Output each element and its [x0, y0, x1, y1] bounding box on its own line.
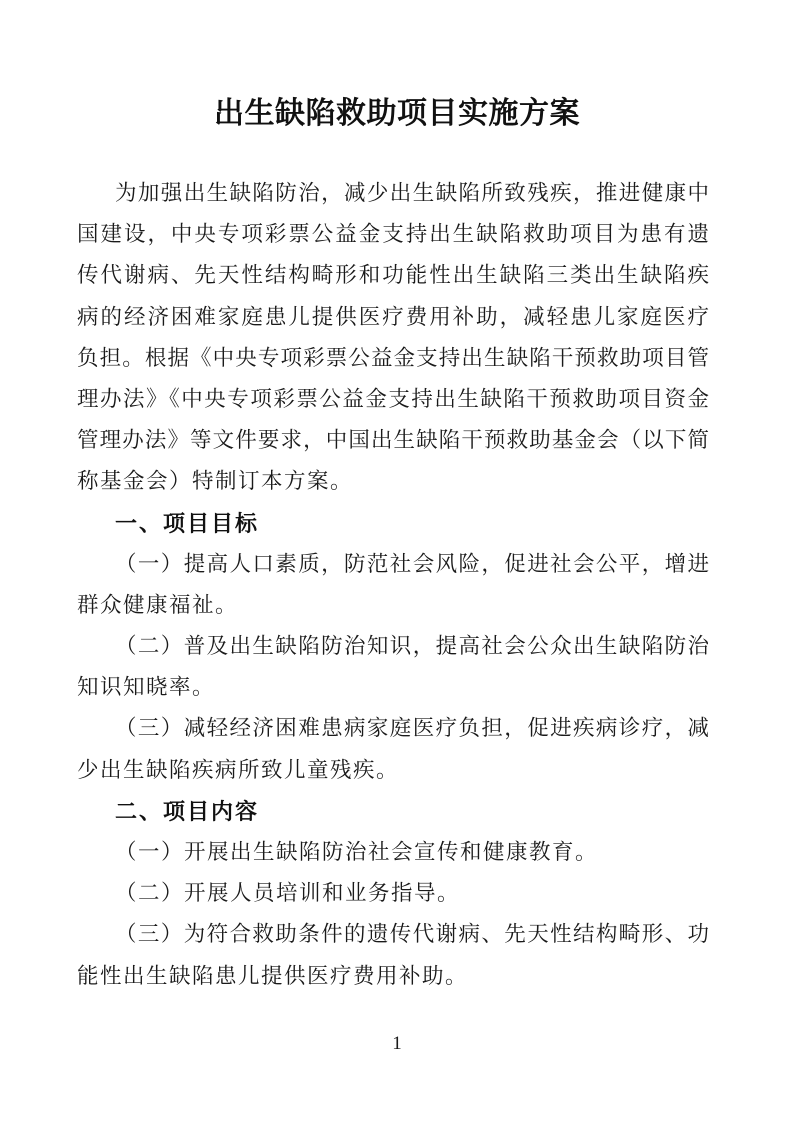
text-line: 知识知晓率。 [77, 667, 709, 708]
document-body: 为加强出生缺陷防治，减少出生缺陷所致残疾，推进健康中国建设，中央专项彩票公益金支… [0, 173, 794, 997]
text-line: （三）减轻经济困难患病家庭医疗负担，促进疾病诊疗，减 [77, 708, 709, 749]
section-heading: 一、项目目标 [77, 503, 709, 544]
text-line: （一）开展出生缺陷防治社会宣传和健康教育。 [77, 832, 709, 873]
text-line: 少出生缺陷疾病所致儿童残疾。 [77, 750, 709, 791]
text-line: 负担。根据《中央专项彩票公益金支持出生缺陷干预救助项目管 [77, 338, 709, 379]
text-line: 理办法》《中央专项彩票公益金支持出生缺陷干预救助项目资金 [77, 379, 709, 420]
document-title: 出生缺陷救助项目实施方案 [0, 0, 794, 132]
page-number: 1 [0, 1032, 794, 1056]
text-line: （二）普及出生缺陷防治知识，提高社会公众出生缺陷防治 [77, 626, 709, 667]
section-heading: 二、项目内容 [77, 791, 709, 832]
text-line: 能性出生缺陷患儿提供医疗费用补助。 [77, 956, 709, 997]
text-line: 群众健康福祉。 [77, 585, 709, 626]
text-line: 为加强出生缺陷防治，减少出生缺陷所致残疾，推进健康中 [77, 173, 709, 214]
text-line: （一）提高人口素质，防范社会风险，促进社会公平，增进 [77, 544, 709, 585]
text-line: 管理办法》等文件要求，中国出生缺陷干预救助基金会（以下简 [77, 420, 709, 461]
text-line: 传代谢病、先天性结构畸形和功能性出生缺陷三类出生缺陷疾 [77, 255, 709, 296]
text-line: 称基金会）特制订本方案。 [77, 461, 709, 502]
document-page: 出生缺陷救助项目实施方案 为加强出生缺陷防治，减少出生缺陷所致残疾，推进健康中国… [0, 0, 794, 1123]
text-line: （二）开展人员培训和业务指导。 [77, 873, 709, 914]
text-line: 国建设，中央专项彩票公益金支持出生缺陷救助项目为患有遗 [77, 214, 709, 255]
text-line: （三）为符合救助条件的遗传代谢病、先天性结构畸形、功 [77, 914, 709, 955]
text-line: 病的经济困难家庭患儿提供医疗费用补助，减轻患儿家庭医疗 [77, 297, 709, 338]
